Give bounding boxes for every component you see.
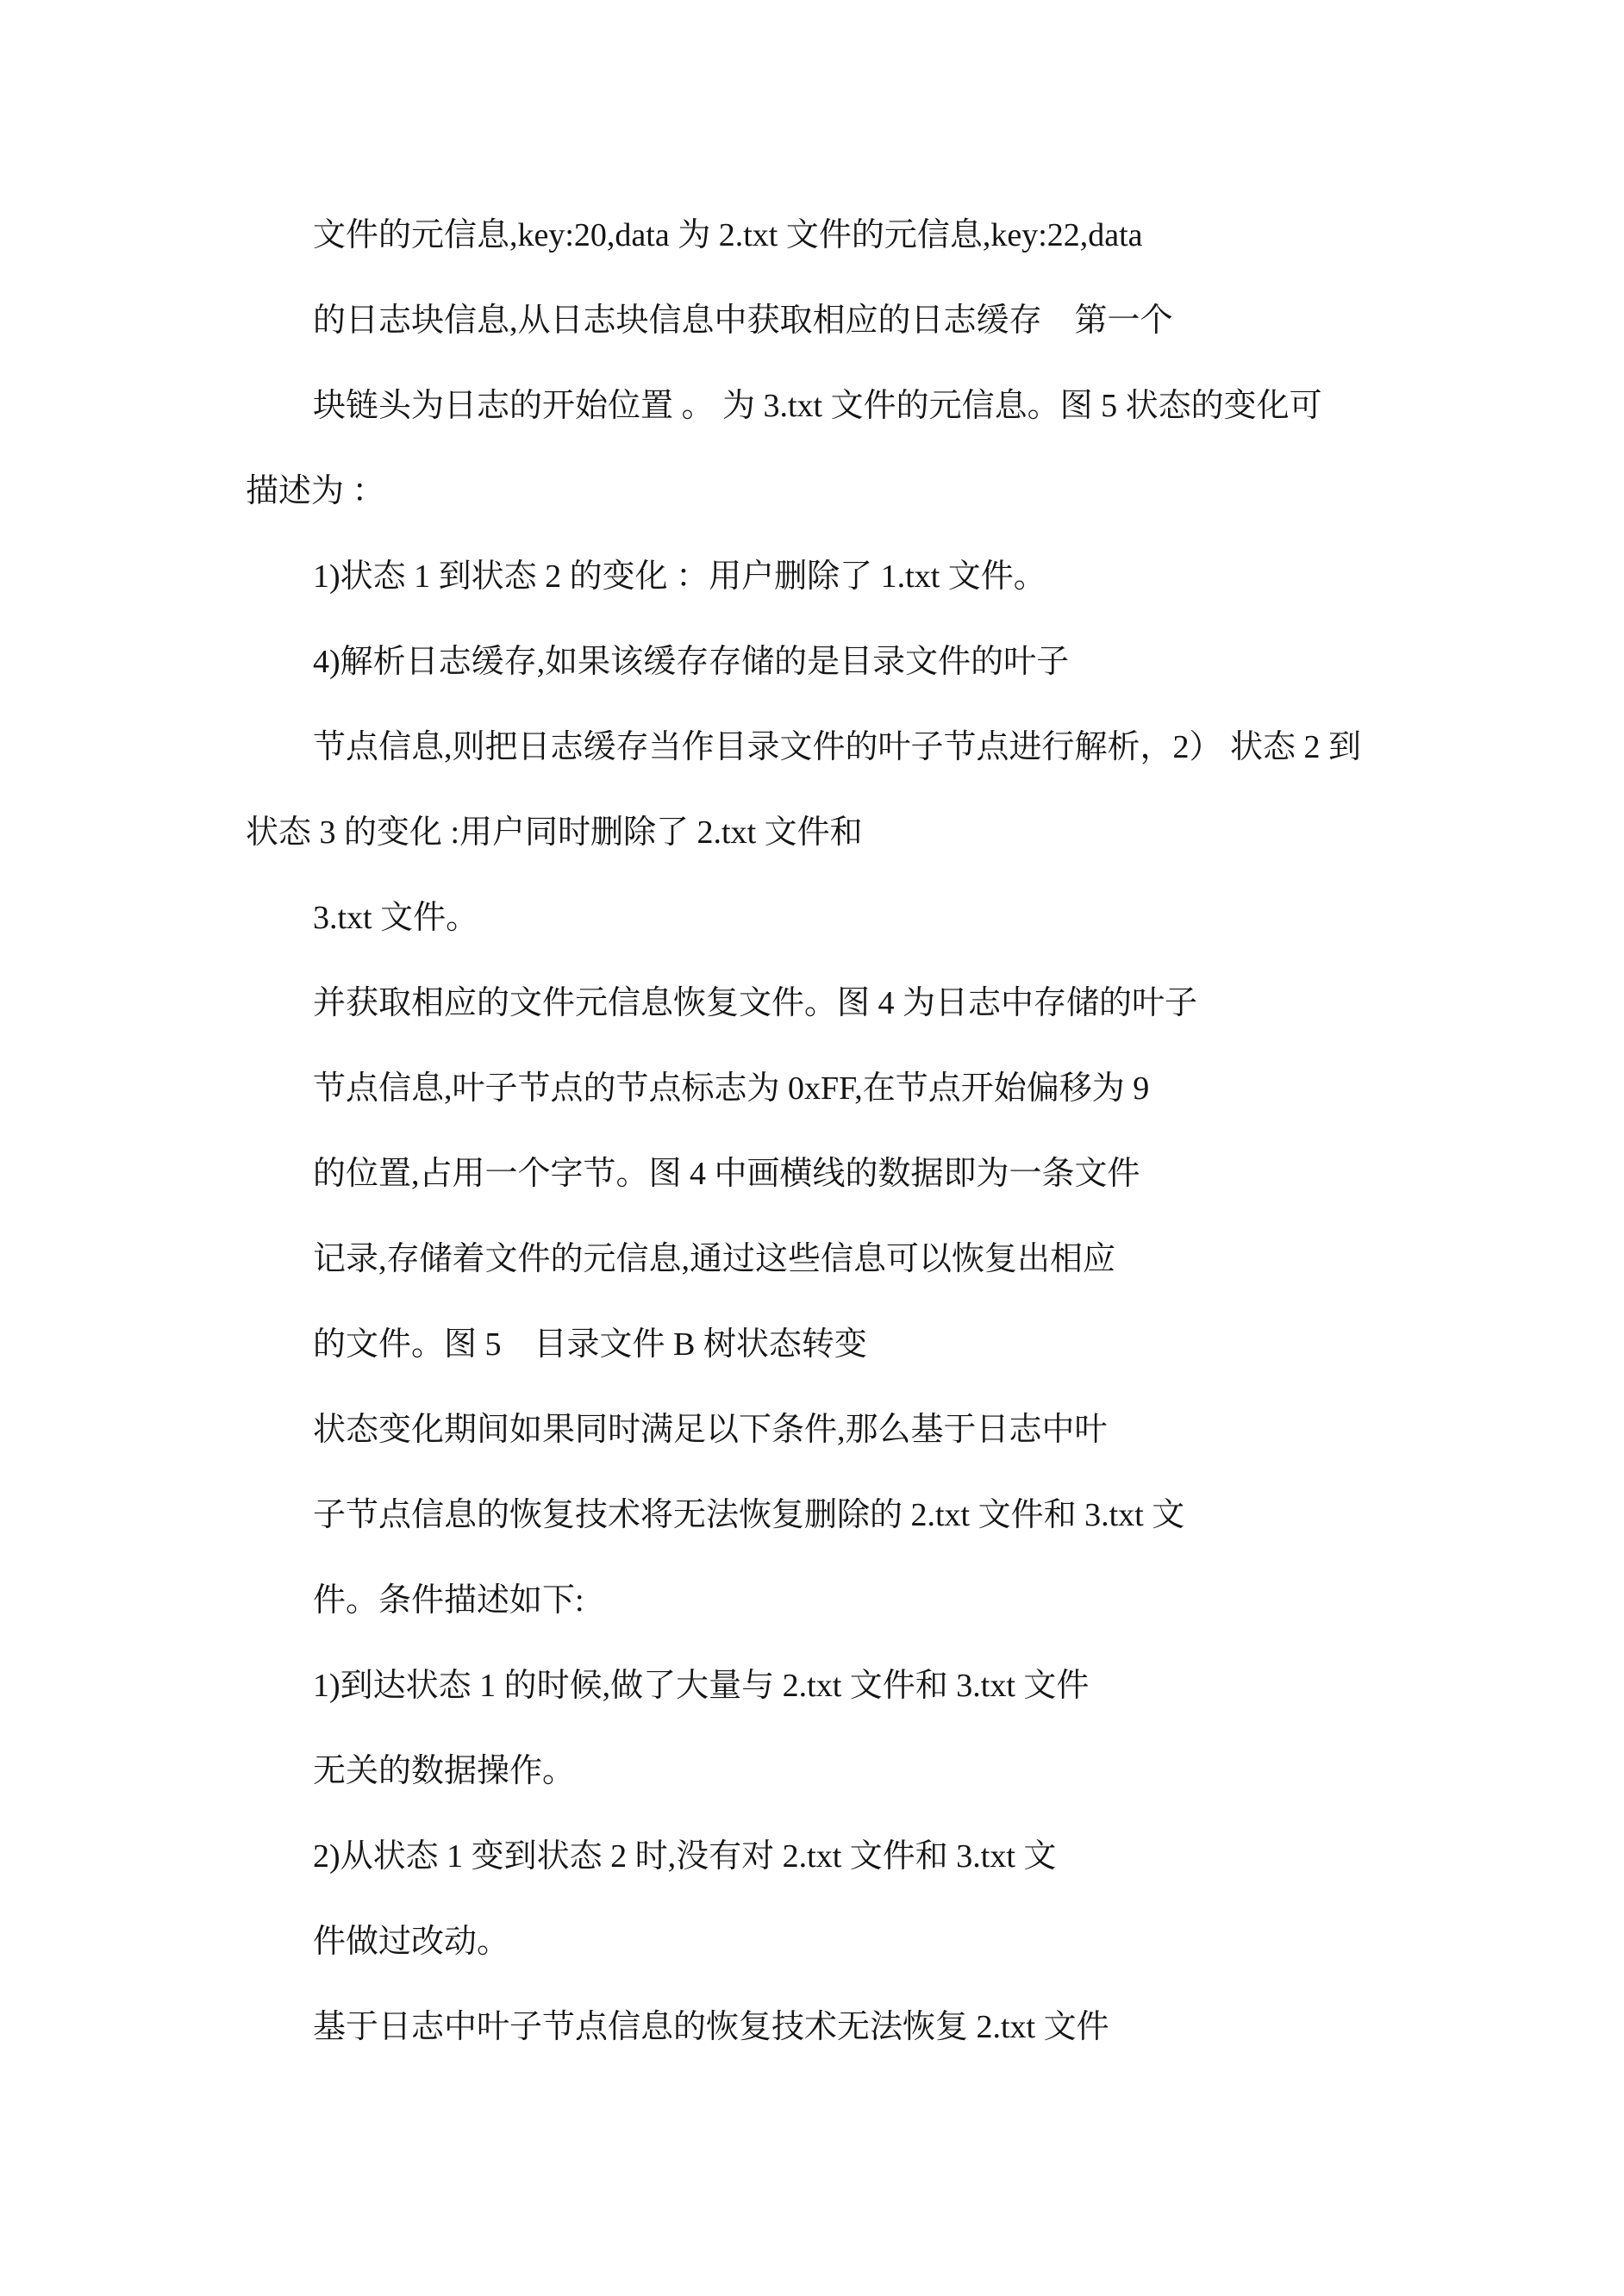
text-line: 2)从状态 1 变到状态 2 时,没有对 2.txt 文件和 3.txt 文 — [246, 1814, 1431, 1900]
text-line: 的日志块信息,从日志块信息中获取相应的日志缓存 第一个 — [246, 278, 1431, 364]
text-line: 节点信息,叶子节点的节点标志为 0xFF,在节点开始偏移为 9 — [246, 1046, 1431, 1132]
document-page: 文件的元信息,key:20,data 为 2.txt 文件的元信息,key:22… — [0, 0, 1624, 2296]
text-line: 1)到达状态 1 的时候,做了大量与 2.txt 文件和 3.txt 文件 — [246, 1644, 1431, 1729]
text-line: 3.txt 文件。 — [246, 876, 1431, 961]
text-line: 状态 3 的变化 :用户同时删除了 2.txt 文件和 — [246, 790, 1431, 876]
text-line: 4)解析日志缓存,如果该缓存存储的是目录文件的叶子 — [246, 620, 1431, 705]
text-line: 记录,存储着文件的元信息,通过这些信息可以恢复出相应 — [246, 1217, 1431, 1302]
text-line: 件。条件描述如下: — [246, 1558, 1431, 1644]
text-line: 基于日志中叶子节点信息的恢复技术无法恢复 2.txt 文件 — [246, 1985, 1431, 2070]
text-line: 块链头为日志的开始位置 。 为 3.txt 文件的元信息。图 5 状态的变化可 — [246, 364, 1431, 449]
document-body: 文件的元信息,key:20,data 为 2.txt 文件的元信息,key:22… — [246, 193, 1431, 2070]
text-line: 描述为 ： — [246, 449, 1431, 534]
text-line: 的文件。图 5 目录文件 B 树状态转变 — [246, 1302, 1431, 1388]
text-line: 并获取相应的文件元信息恢复文件。图 4 为日志中存储的叶子 — [246, 961, 1431, 1046]
text-line: 节点信息,则把日志缓存当作目录文件的叶子节点进行解析，2） 状态 2 到 — [246, 705, 1431, 790]
text-line: 文件的元信息,key:20,data 为 2.txt 文件的元信息,key:22… — [246, 193, 1431, 278]
text-line: 的位置,占用一个字节。图 4 中画横线的数据即为一条文件 — [246, 1132, 1431, 1217]
text-line: 无关的数据操作。 — [246, 1729, 1431, 1814]
text-line: 件做过改动。 — [246, 1900, 1431, 1985]
text-line: 1)状态 1 到状态 2 的变化 ：用户删除了 1.txt 文件。 — [246, 534, 1431, 620]
text-line: 状态变化期间如果同时满足以下条件,那么基于日志中叶 — [246, 1388, 1431, 1473]
text-line: 子节点信息的恢复技术将无法恢复删除的 2.txt 文件和 3.txt 文 — [246, 1473, 1431, 1558]
